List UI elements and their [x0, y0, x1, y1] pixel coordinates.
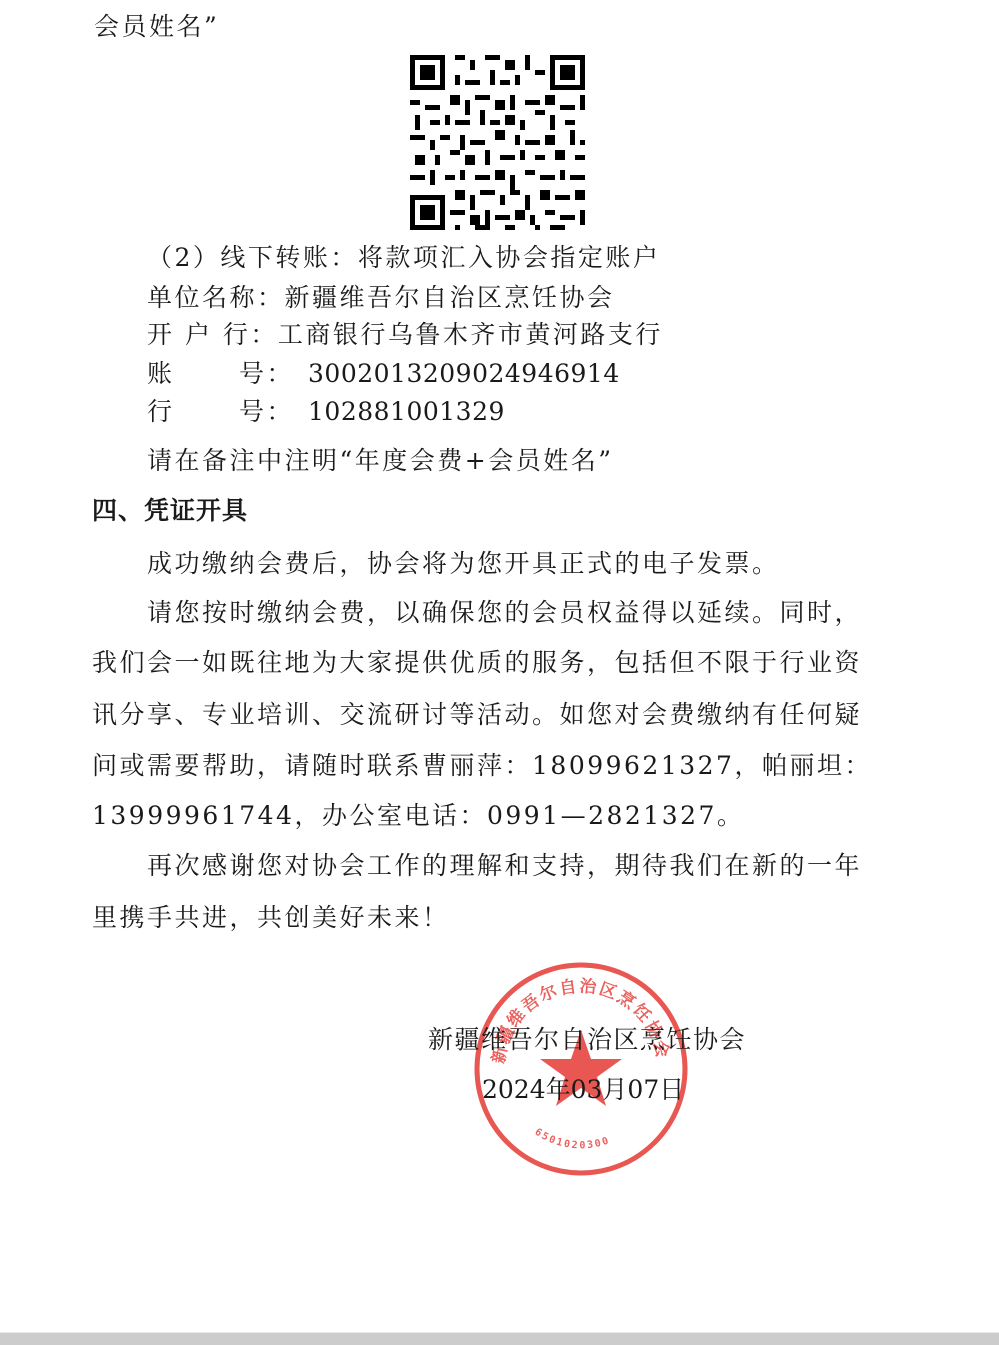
account-row: 账号：3002013209024946914	[147, 359, 620, 389]
signature-date: 2024年03月07日	[482, 1075, 684, 1105]
contact-paragraph-line-1: 请您按时缴纳会费，以确保您的会员权益得以延续。同时，	[147, 598, 862, 628]
closing-paragraph-line-2: 里携手共进，共创美好未来！	[92, 903, 450, 933]
account-label-part1: 账	[147, 359, 239, 389]
bank-value: 工商银行乌鲁木齐市黄河路支行	[278, 320, 663, 349]
top-fragment-text: 会员姓名”	[94, 12, 219, 42]
account-number: 3002013209024946914	[308, 359, 620, 388]
account-label-part2: 号：	[239, 359, 294, 388]
page-bottom-divider	[0, 1332, 999, 1345]
svg-text:6501020300: 6501020300	[533, 1127, 612, 1152]
bank-number-label-part1: 行	[147, 397, 239, 427]
section-four-heading: 四、凭证开具	[92, 496, 248, 526]
contact-paragraph-line-5: 13999961744，办公室电话：0991—2821327。	[92, 801, 744, 831]
bank-row: 开 户 行：工商银行乌鲁木齐市黄河路支行	[147, 320, 663, 350]
bank-label: 开 户 行：	[147, 320, 278, 349]
offline-transfer-title: （2）线下转账：将款项汇入协会指定账户	[147, 243, 660, 273]
bank-number-row: 行号：102881001329	[147, 397, 505, 427]
remark-note: 请在备注中注明“年度会费+会员姓名”	[147, 446, 614, 476]
closing-paragraph-line-1: 再次感谢您对协会工作的理解和支持，期待我们在新的一年	[147, 851, 862, 881]
signature-organization: 新疆维吾尔自治区烹饪协会	[428, 1025, 746, 1055]
bank-number: 102881001329	[308, 397, 505, 426]
bank-number-label-part2: 号：	[239, 397, 294, 426]
official-seal-icon: 新疆维吾尔自治区烹饪协会 6501020300	[470, 958, 692, 1180]
unit-name-value: 新疆维吾尔自治区烹饪协会	[285, 283, 615, 312]
invoice-paragraph: 成功缴纳会费后，协会将为您开具正式的电子发票。	[147, 549, 780, 579]
unit-name-row: 单位名称：新疆维吾尔自治区烹饪协会	[147, 283, 615, 313]
unit-name-label: 单位名称：	[147, 283, 285, 312]
contact-paragraph-line-3: 讯分享、专业培训、交流研讨等活动。如您对会费缴纳有任何疑	[92, 700, 862, 730]
contact-paragraph-line-2: 我们会一如既往地为大家提供优质的服务，包括但不限于行业资	[92, 648, 862, 678]
qr-code-icon	[405, 50, 590, 235]
contact-paragraph-line-4: 问或需要帮助，请随时联系曹丽萍：18099621327，帕丽坦：	[92, 751, 872, 781]
document-page: 会员姓名” （2）线下转账：将款项	[0, 0, 999, 1332]
